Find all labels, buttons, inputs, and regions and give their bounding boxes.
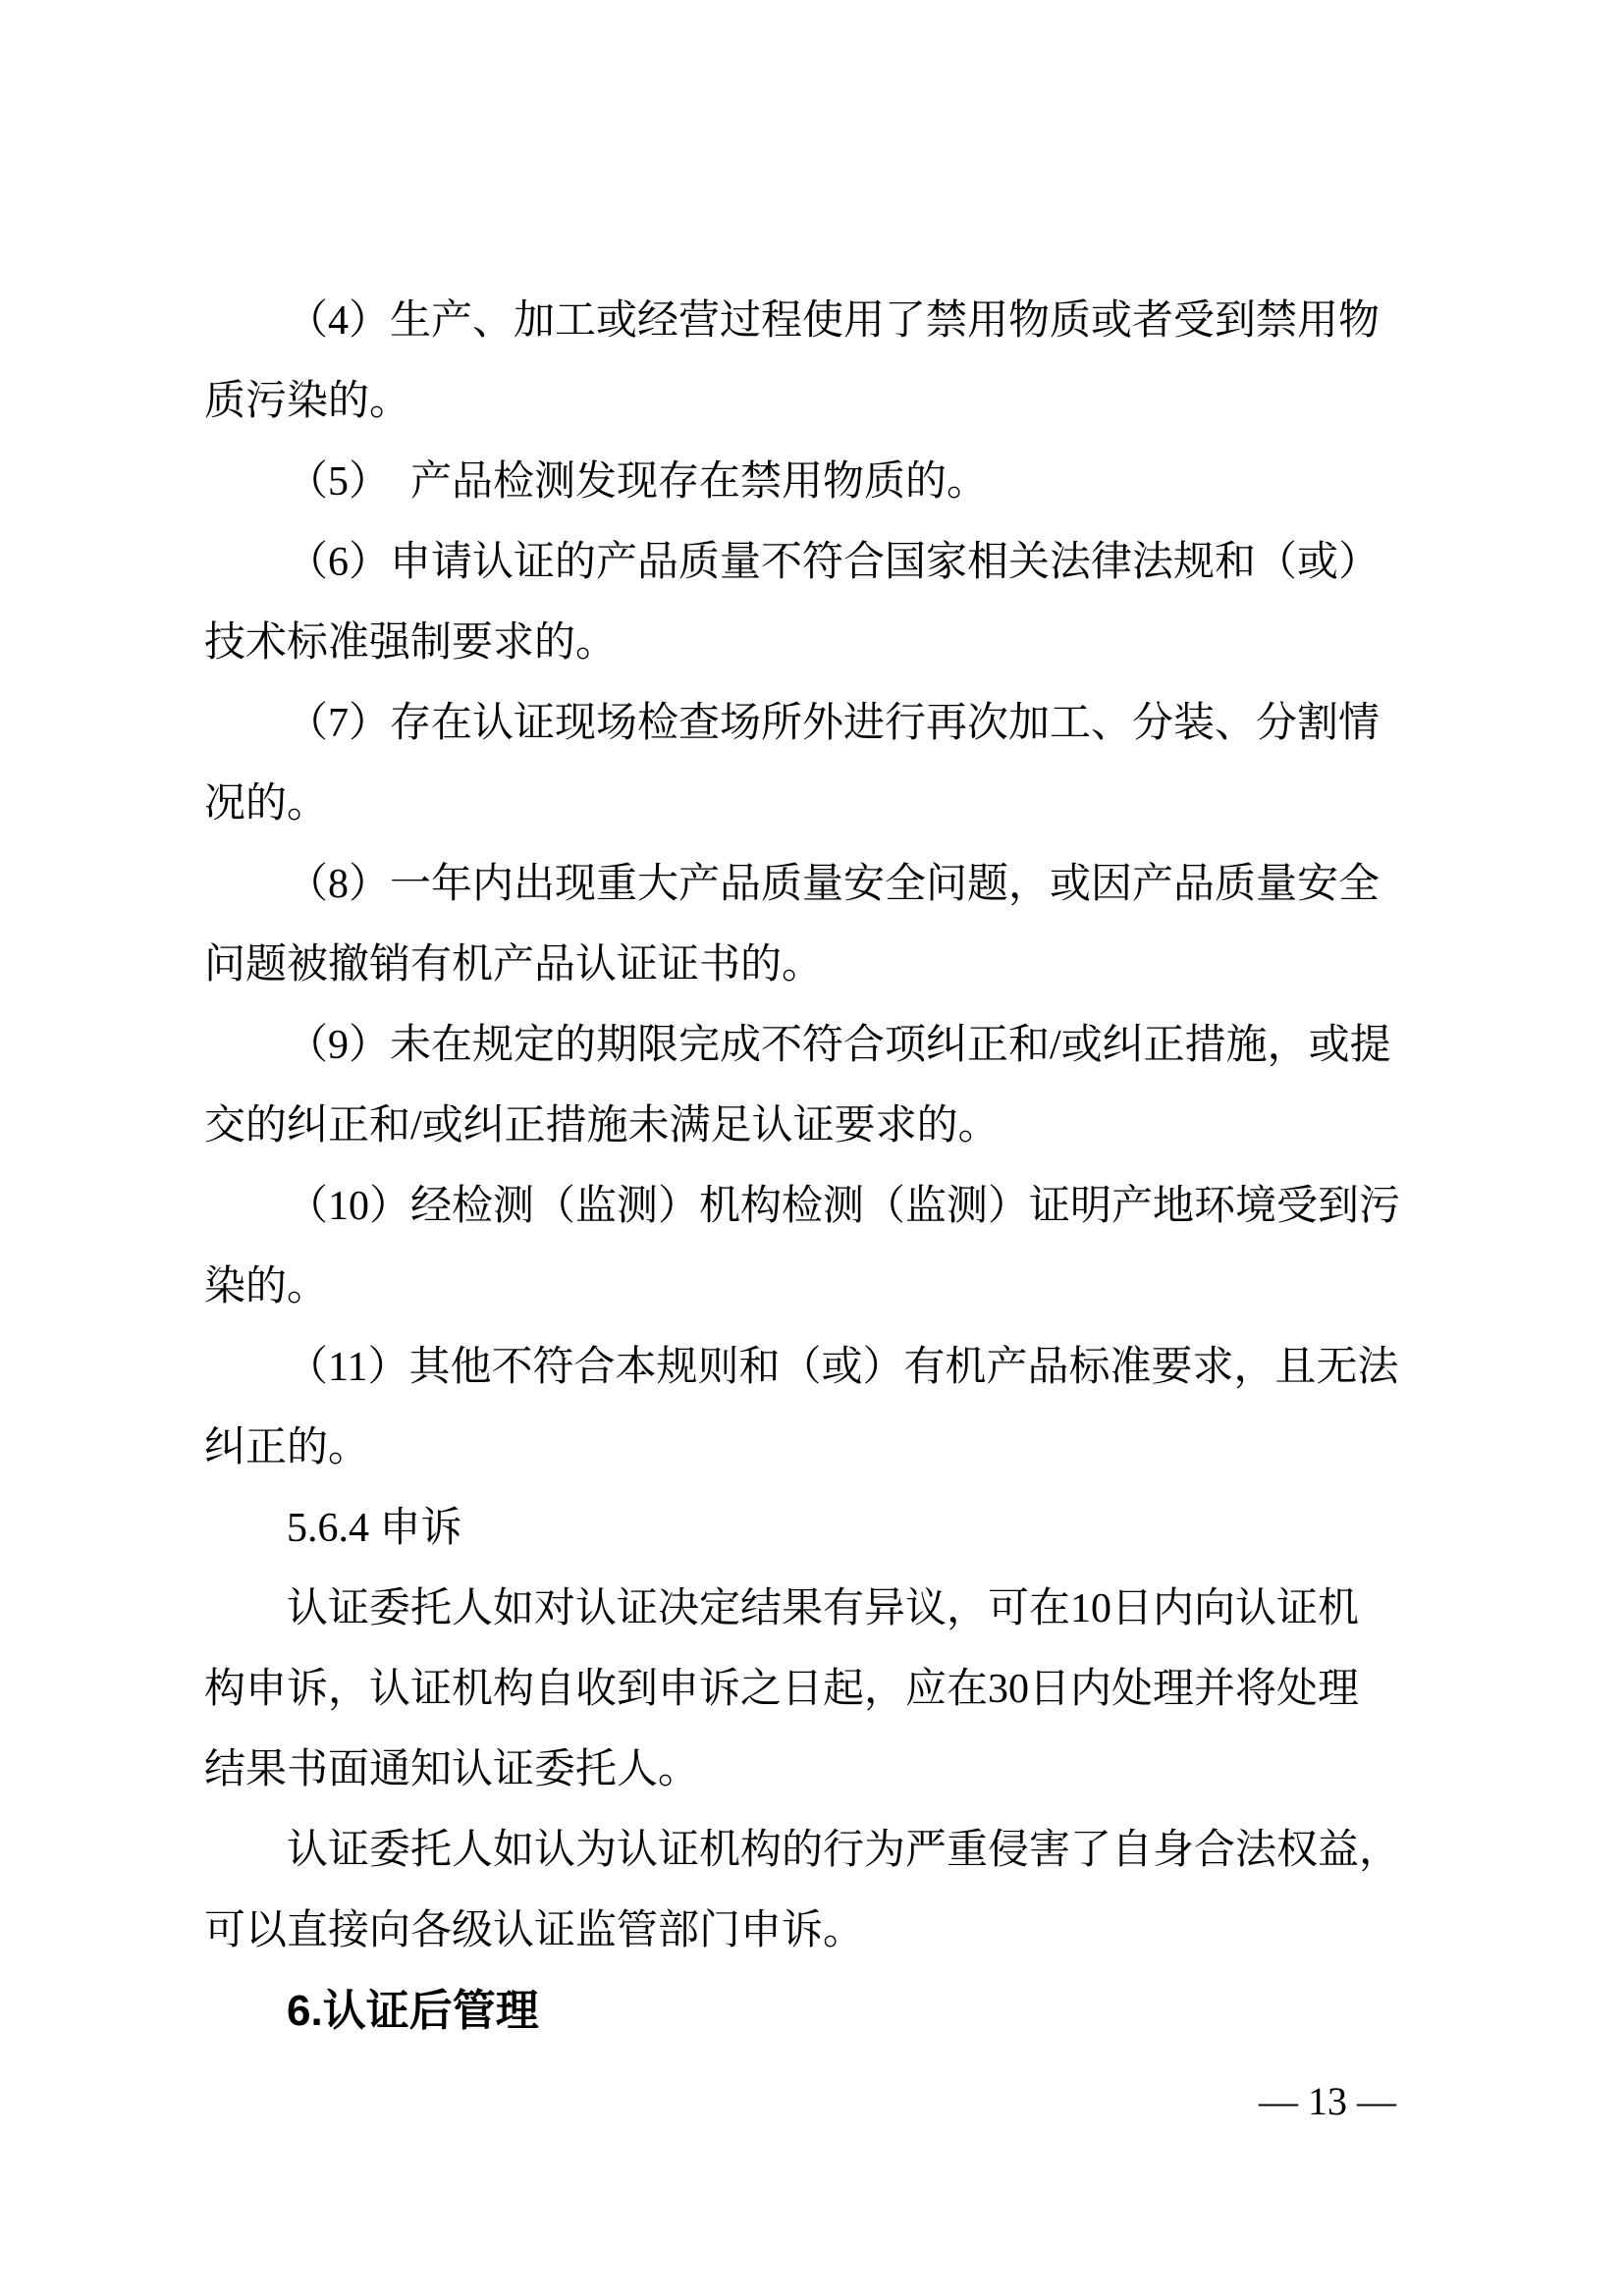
text-line: 可以直接向各级认证监管部门申诉。	[204, 1891, 1441, 1971]
text-line: 构申诉，认证机构自收到申诉之日起，应在30日内处理并将处理	[204, 1649, 1441, 1730]
text-line: 5.6.4 申诉	[204, 1488, 1441, 1569]
text-line: 认证委托人如对认证决定结果有异议，可在10日内向认证机	[204, 1569, 1441, 1649]
text-line: （9）未在规定的期限完成不符合项纠正和/或纠正措施，或提	[204, 1005, 1441, 1086]
text-line: 纠正的。	[204, 1408, 1441, 1488]
text-line: 交的纠正和/或纠正措施未满足认证要求的。	[204, 1086, 1441, 1166]
text-line: 染的。	[204, 1247, 1441, 1327]
text-line: 结果书面通知认证委托人。	[204, 1730, 1441, 1810]
text-line: 况的。	[204, 764, 1441, 844]
text-line: （4）生产、加工或经营过程使用了禁用物质或者受到禁用物	[204, 281, 1441, 361]
text-line: （6）申请认证的产品质量不符合国家相关法律法规和（或）	[204, 522, 1441, 603]
text-line: （7）存在认证现场检查场所外进行再次加工、分装、分割情	[204, 683, 1441, 764]
page-number: — 13 —	[1259, 2061, 1396, 2142]
section-heading: 6.认证后管理	[204, 1971, 1441, 2052]
text-line: 问题被撤销有机产品认证证书的。	[204, 925, 1441, 1005]
text-line: （11）其他不符合本规则和（或）有机产品标准要求，且无法	[204, 1327, 1441, 1408]
text-line: 认证委托人如认为认证机构的行为严重侵害了自身合法权益，	[204, 1810, 1441, 1891]
text-line: （10）经检测（监测）机构检测（监测）证明产地环境受到污	[204, 1166, 1441, 1247]
text-line: 质污染的。	[204, 361, 1441, 442]
text-line: （8）一年内出现重大产品质量安全问题，或因产品质量安全	[204, 844, 1441, 925]
document-page: （4）生产、加工或经营过程使用了禁用物质或者受到禁用物质污染的。（5） 产品检测…	[0, 0, 1624, 2296]
text-line: 技术标准强制要求的。	[204, 603, 1441, 683]
text-line: （5） 产品检测发现存在禁用物质的。	[204, 442, 1441, 522]
document-content: （4）生产、加工或经营过程使用了禁用物质或者受到禁用物质污染的。（5） 产品检测…	[204, 281, 1441, 2052]
